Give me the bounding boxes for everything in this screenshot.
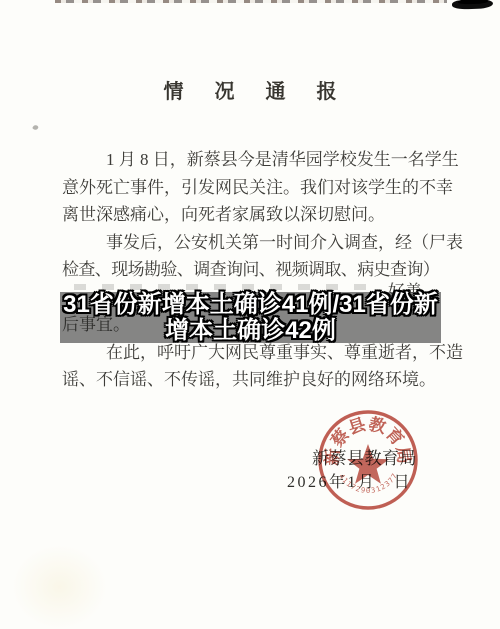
body-line: 1 月 8 日，新蔡县今是清华园学校发生一名学生 [62, 146, 444, 174]
ink-mark [452, 0, 493, 10]
issue-date: 2026年1月日 [287, 469, 412, 492]
scan-edge-artifact [55, 0, 447, 3]
issue-date-prefix: 2026年1月 [287, 474, 377, 491]
issuer-signature: 新蔡县教育局 [312, 444, 417, 469]
body-line: 谣、不信谣、不传谣，共同维护良好的网络环境。 [62, 366, 444, 394]
obscured-glyph-tops [74, 284, 374, 290]
body-line: 事发后，公安机关第一时间介入调查，经（尸表 [62, 229, 444, 257]
notice-photo: 情 况 通 报 1 月 8 日，新蔡县今是清华园学校发生一名学生 意外死亡事件，… [0, 0, 500, 629]
issue-date-suffix: 日 [394, 474, 413, 491]
notice-title: 情 况 通 报 [0, 75, 500, 104]
news-caption-overlay: 31省份新增本土确诊41例/31省份新 增本土确诊42例 [60, 292, 441, 343]
caption-line-1: 31省份新增本土确诊41例/31省份新 [63, 292, 438, 318]
notice-body: 1 月 8 日，新蔡县今是清华园学校发生一名学生 意外死亡事件，引发网民关注。我… [62, 146, 444, 394]
paper-blotch [12, 545, 107, 629]
caption-line-2: 增本土确诊42例 [165, 318, 336, 344]
body-line: 离世深感痛心，向死者家属致以深切慰问。 [62, 201, 444, 229]
scan-speck [32, 124, 39, 131]
body-line: 检查、现场勘验、调查询问、视频调取、病史查询） [62, 256, 444, 284]
body-line: 意外死亡事件，引发网民关注。我们对该学生的不幸 [62, 174, 444, 202]
